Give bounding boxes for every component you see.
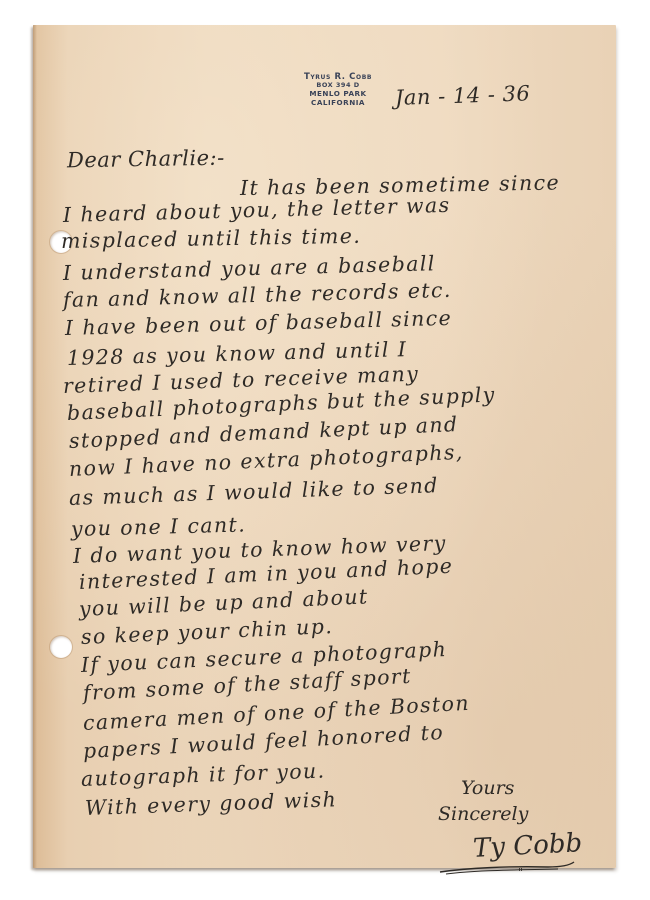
signature: Ty Cobb — [472, 828, 583, 864]
body-line: I have been out of baseball since — [65, 306, 453, 340]
signature-flourish-icon — [438, 860, 578, 878]
body-line: misplaced until this time. — [61, 224, 362, 253]
body-line: autograph it for you. — [81, 758, 326, 791]
body-line: as much as I would like to send — [69, 473, 440, 510]
letter-body: It has been sometime since I heard about… — [33, 25, 616, 868]
letter-paper: Tyrus R. Cobb BOX 394 D MENLO PARK CALIF… — [33, 25, 616, 868]
letter-scene: Tyrus R. Cobb BOX 394 D MENLO PARK CALIF… — [0, 0, 650, 900]
closing-yours: Yours — [461, 777, 514, 799]
body-line: I heard about you, the letter was — [63, 193, 451, 227]
body-line: With every good wish — [85, 787, 338, 820]
closing-sincerely: Sincerely — [438, 803, 528, 825]
body-line: you one I cant. — [71, 512, 247, 541]
signature-mark: " — [518, 866, 523, 879]
